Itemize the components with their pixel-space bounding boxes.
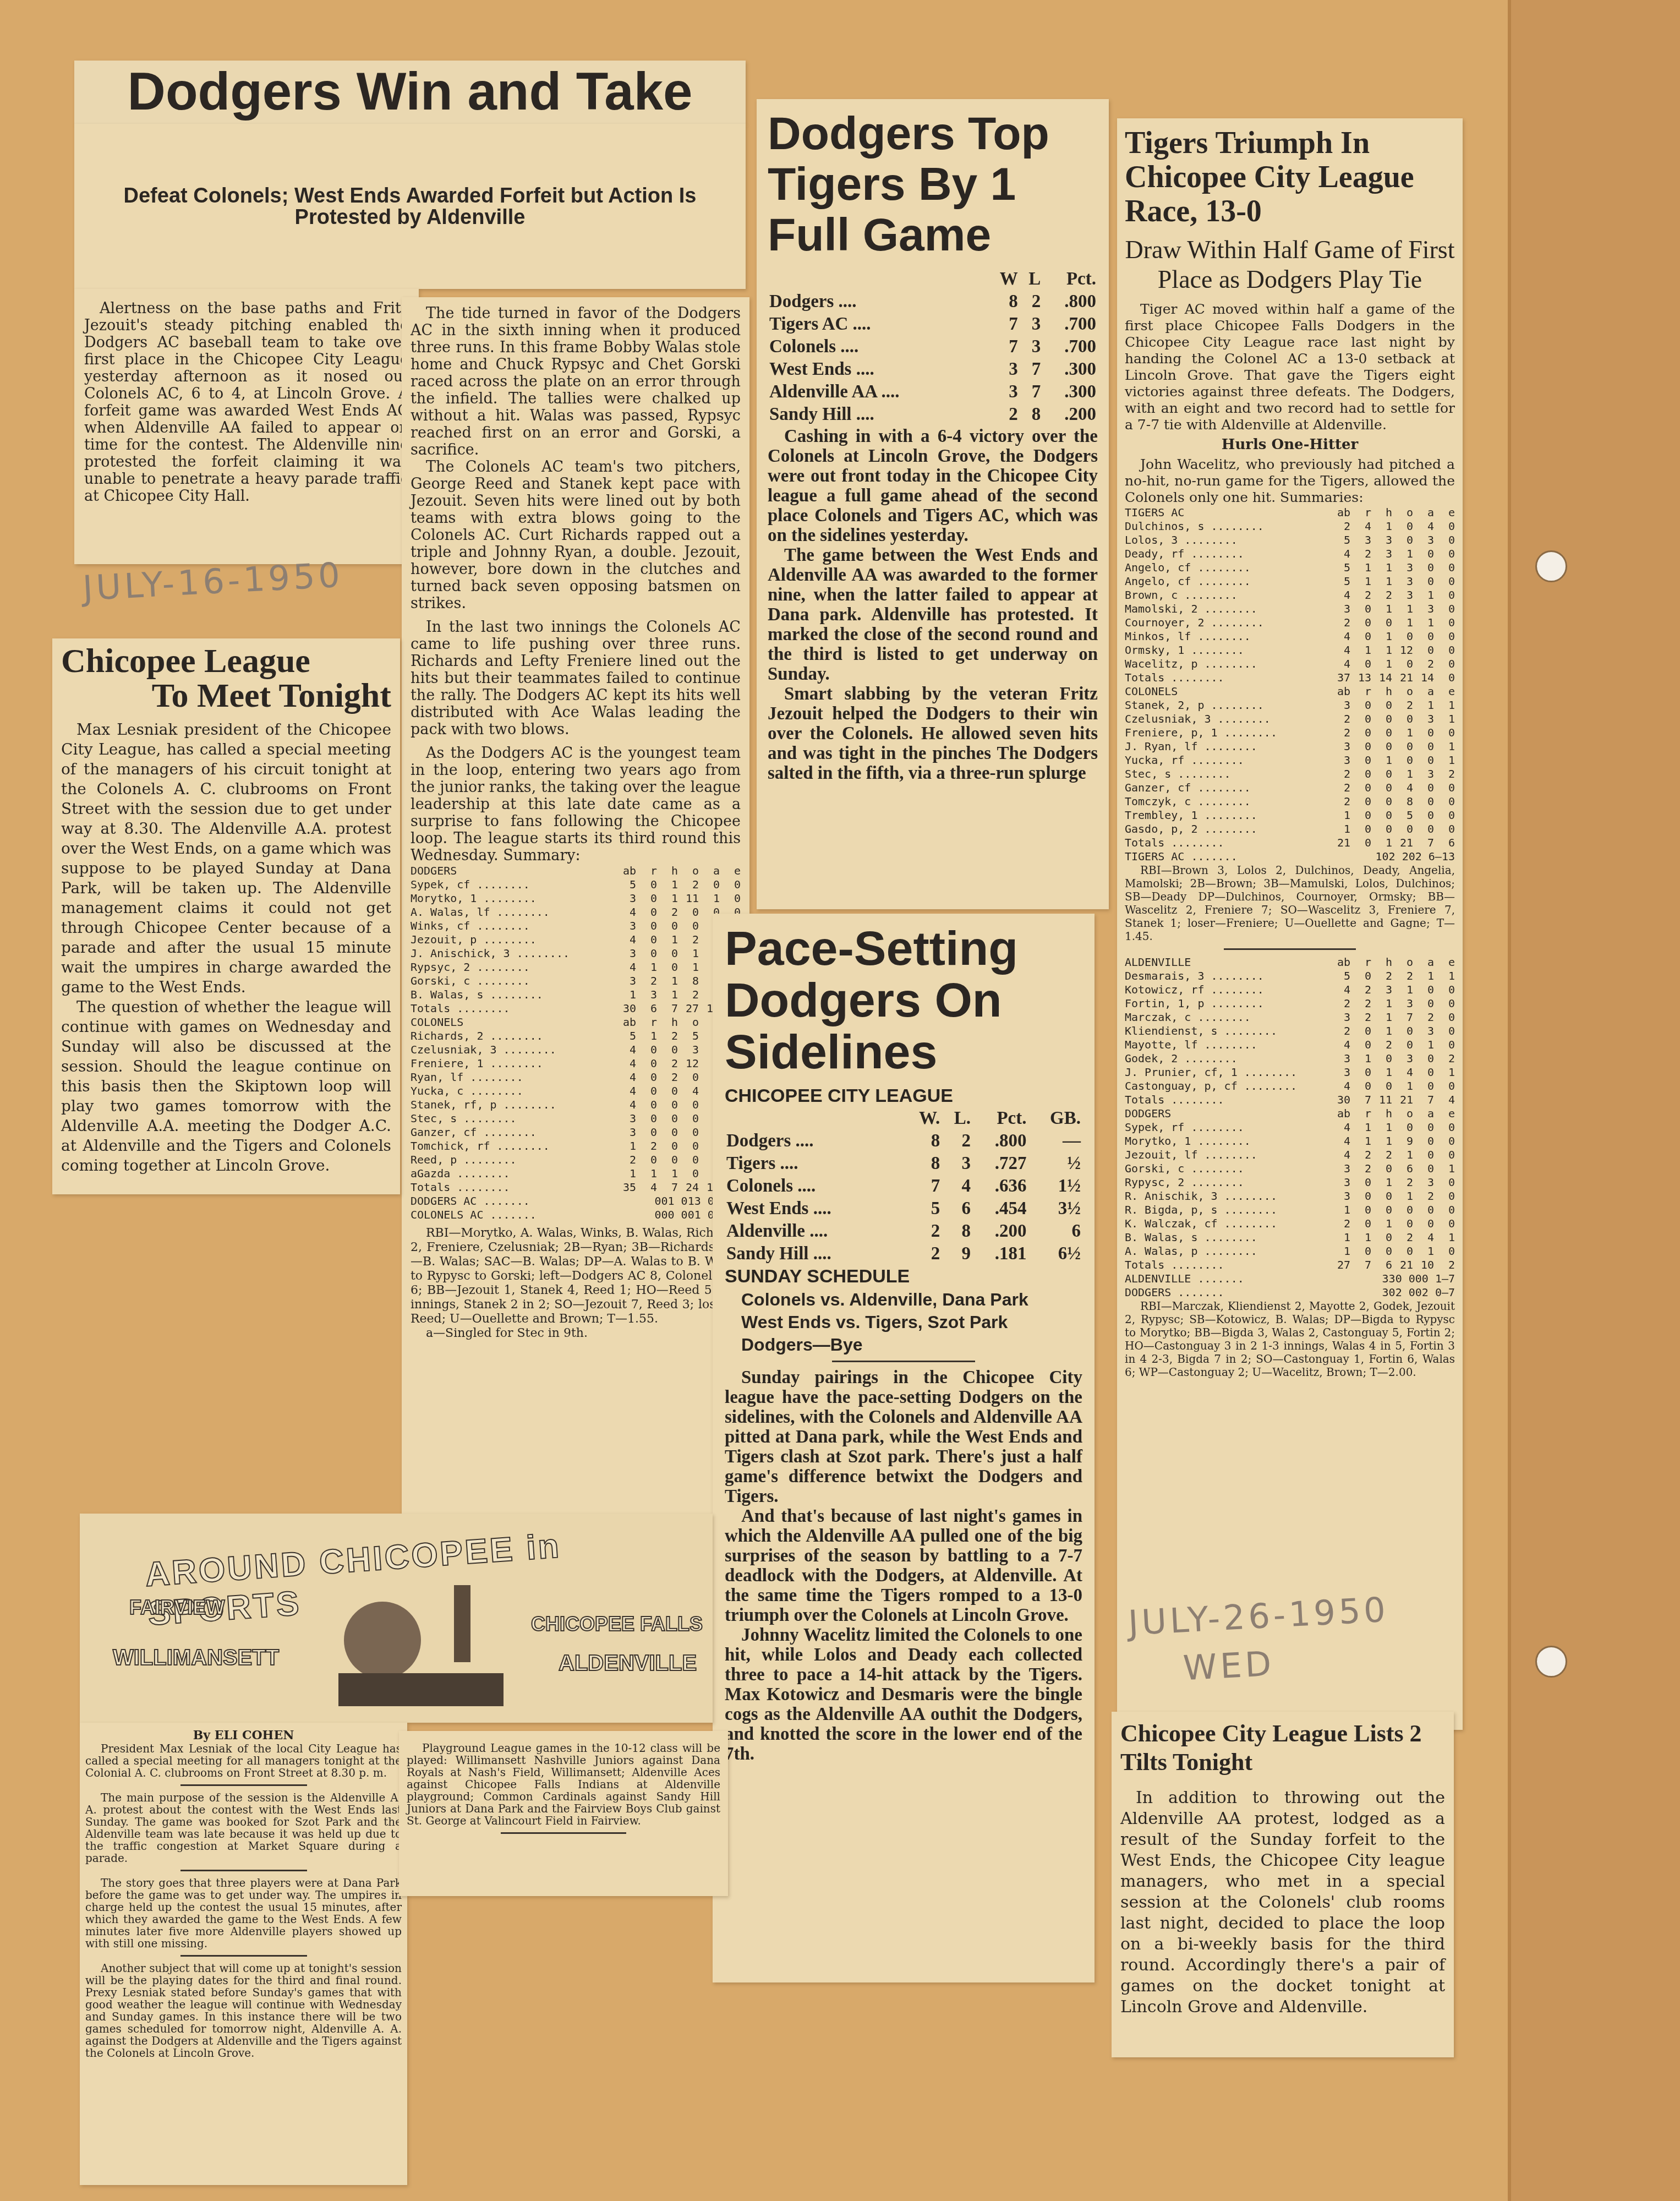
stat-cell: 11 [678,892,699,905]
player-name: Morytko, 1 ........ [411,892,615,905]
stat-cell: 0 [1392,1244,1413,1258]
stat-cell: 2 [1434,767,1455,781]
stat-cell: 0 [657,960,678,974]
column-header: ab [615,864,636,878]
cartoon-place: FAIRVIEW [129,1596,225,1619]
stat-cell: 2 [1350,1148,1371,1162]
stat-cell: 0 [636,1112,657,1126]
total-cell: 21 [1392,671,1413,685]
stat-cell: 0 [1434,657,1455,671]
stat-cell: 3 [1329,1052,1350,1066]
standings-row: Sandy Hill ....28.200 [769,404,1097,425]
stat-cell: 0 [1350,1244,1371,1258]
player-name: Gasdo, p, 2 ........ [1125,822,1329,836]
standings-cell: 7 [987,314,1019,335]
stat-cell: 0 [1434,1148,1455,1162]
total-cell: 7 [1413,836,1434,850]
total-cell: 2 [1434,1258,1455,1272]
stat-cell: 2 [1329,997,1350,1011]
player-name: aGazda ........ [411,1167,615,1181]
stat-cell: 1 [678,960,699,974]
standings-team: Colonels .... [726,1176,902,1197]
stat-cell: 0 [1434,602,1455,616]
total-cell: 7 [1350,1093,1371,1107]
totals-row: Totals ........37131421140 [1125,671,1455,685]
stat-cell: 0 [1413,1217,1434,1231]
stat-cell: 0 [1413,983,1434,997]
player-row: Dulchinos, s ........241040 [1125,520,1455,533]
standings-row: Sandy Hill ....29.1816½ [726,1243,1081,1265]
stat-cell: 1 [1434,1231,1455,1244]
player-row: Yucka, rf ........301001 [1125,753,1455,767]
stat-cell: 1 [678,947,699,960]
stat-cell: 0 [720,892,741,905]
column-header: r [1350,1107,1371,1121]
total-cell: 37 [1329,671,1350,685]
linescore-team: DODGERS AC ....... [411,1194,606,1208]
stat-cell: 2 [1371,1038,1392,1052]
box-score-header-row: COLONELSabrhoae [1125,685,1455,698]
standings-cell: 3 [987,381,1019,403]
stat-cell: 0 [1434,1203,1455,1217]
stat-cell: 2 [1413,1011,1434,1024]
box-score-table: COLONELSabrhoaeRichards, 2 ........51252… [411,1015,741,1194]
stat-cell: 0 [1434,533,1455,547]
article4-paragraph: And that's because of last night's games… [725,1506,1082,1625]
linescore-row: TIGERS AC .......102 202 6—13 [1125,850,1455,864]
player-row: Ganzer, cf ........300000 [411,1126,741,1139]
stat-cell: 2 [1350,1162,1371,1176]
stat-cell: 0 [636,919,657,933]
column-header: a [1413,955,1434,969]
stat-cell: 1 [1371,520,1392,533]
player-name: Ganzer, cf ........ [1125,781,1329,795]
stat-cell: 2 [1350,1011,1371,1024]
team-name: TIGERS AC [1125,506,1329,520]
stat-cell: 4 [1329,1148,1350,1162]
linescore-table: TIGERS AC .......102 202 6—13 [1125,850,1455,864]
stat-cell: 0 [657,1084,678,1098]
stat-cell: 2 [1392,969,1413,983]
total-cell: 30 [1329,1093,1350,1107]
player-name: Fortin, 1, p ........ [1125,997,1329,1011]
column-header: a [1413,685,1434,698]
article2-headline-line1: Chicopee League [61,644,391,679]
stat-cell: 0 [1350,1203,1371,1217]
stat-cell: 0 [1371,1189,1392,1203]
stat-cell: 0 [1413,753,1434,767]
standings-cell: 3½ [1028,1198,1081,1220]
player-name: Stanek, 2, p ........ [1125,698,1329,712]
article1-paragraph: Alertness on the base paths and Fritz Je… [84,300,409,505]
standings-cell: .454 [972,1198,1027,1220]
article5-paragraph: Tiger AC moved within half a game of the… [1125,301,1455,433]
player-name: Rypsyc, 2 ........ [411,960,615,974]
player-row: R. Bigda, p, s ........100000 [1125,1203,1455,1217]
stat-cell: 0 [1434,547,1455,561]
stat-cell: 0 [657,919,678,933]
stat-cell: 0 [678,1098,699,1112]
stat-cell: 4 [615,1071,636,1084]
stat-cell: 0 [1350,712,1371,726]
stat-cell: 2 [615,1153,636,1167]
linescore-row: DODGERS .......302 002 0—7 [1125,1286,1455,1299]
total-cell: 7 [1413,1093,1434,1107]
stat-cell: 0 [1392,630,1413,643]
total-cell: 4 [636,1181,657,1194]
player-name: Brown, c ........ [1125,588,1329,602]
stat-cell: 1 [1371,602,1392,616]
stat-cell: 0 [1350,781,1371,795]
stat-cell: 1 [657,988,678,1002]
totals-row: Totals ........306727153 [411,1002,741,1015]
box-score-table: DODGERSabrhoaeSypek, cf ........501200Mo… [411,864,741,1015]
stat-cell: 1 [1350,575,1371,588]
standings-cell: 9 [942,1243,971,1265]
player-row: R. Anischik, 3 ........300120 [1125,1189,1455,1203]
column-header: a [1413,1107,1434,1121]
stat-cell: 4 [1329,657,1350,671]
totals-label: Totals ........ [1125,1093,1329,1107]
stat-cell: 2 [1371,969,1392,983]
stat-cell: 1 [1371,630,1392,643]
stat-cell: 0 [1434,1121,1455,1134]
article1-paragraph: In the last two innings the Colonels AC … [411,619,741,738]
stat-cell: 1 [1392,1079,1413,1093]
stat-cell: 0 [1392,1203,1413,1217]
article5-headline: Tigers Triumph In Chicopee City League R… [1125,126,1455,228]
total-cell: 30 [615,1002,636,1015]
stat-cell: 1 [615,1139,636,1153]
standings-cell: 6 [1028,1221,1081,1242]
player-row: Cournoyer, 2 ........200110 [1125,616,1455,630]
player-name: Freniere, p, 1 ........ [1125,726,1329,740]
stat-cell: 0 [1413,795,1434,809]
stat-cell: 0 [1392,712,1413,726]
team-name: DODGERS [411,864,615,878]
stat-cell: 0 [1350,767,1371,781]
stat-cell: 3 [1329,740,1350,753]
player-name: Stanek, rf, p ........ [411,1098,615,1112]
player-name: Freniere, 1 ........ [411,1057,615,1071]
player-name: K. Walczak, cf ........ [1125,1217,1329,1231]
stat-cell: 1 [1413,1244,1434,1258]
total-cell: 0 [1434,671,1455,685]
stat-cell: 0 [1434,822,1455,836]
stat-cell: 1 [1392,767,1413,781]
stat-cell: 1 [1371,1217,1392,1231]
stat-cell: 1 [1413,1038,1434,1052]
standings-column-header: W [987,269,1019,290]
cartoon-place: WILLIMANSETT [113,1646,279,1670]
player-row: Freniere, 1 ........4021210 [411,1057,741,1071]
stat-cell: 1 [1392,616,1413,630]
standings-cell: 4 [942,1176,971,1197]
column-header: o [1392,1107,1413,1121]
column-header: e [1434,685,1455,698]
stat-cell: 4 [1329,1079,1350,1093]
stat-cell: 2 [1329,520,1350,533]
stat-cell: 1 [1392,726,1413,740]
cartoon-illustration [316,1574,526,1717]
column-header: r [636,1015,657,1029]
column-header: ab [1329,506,1350,520]
stat-cell: 0 [1350,657,1371,671]
stat-cell: 2 [678,878,699,892]
article1-box-score: DODGERSabrhoaeSypek, cf ........501200Mo… [411,864,741,1222]
stat-cell: 0 [1434,616,1455,630]
standings-column-header: GB. [1028,1108,1081,1129]
player-name: Sypek, rf ........ [1125,1121,1329,1134]
stat-cell: 4 [615,960,636,974]
stat-cell: 0 [636,1153,657,1167]
standings-cell: 7 [987,336,1019,358]
player-row: Trembley, 1 ........100500 [1125,809,1455,822]
column-header: o [678,1015,699,1029]
column-header: o [1392,685,1413,698]
article5-box-score-aldenville-dodgers: ALDENVILLEabrhoaeDesmarais, 3 ........50… [1125,955,1455,1299]
standings-cell: 8 [1020,404,1042,425]
stat-cell: 3 [1413,533,1434,547]
stat-cell: 0 [1434,726,1455,740]
standings-cell: 3 [1020,314,1042,335]
article2-headline-line2: To Meet Tonight [61,679,391,713]
player-row: Desmarais, 3 ........502211 [1125,969,1455,983]
player-row: Kliendienst, s ........201030 [1125,1024,1455,1038]
standings-row: Tigers AC ....73.700 [769,314,1097,335]
standings-cell: 3 [1020,336,1042,358]
column-header: e [720,864,741,878]
stat-cell: 4 [615,1098,636,1112]
column-header: r [1350,685,1371,698]
standings-team: Aldenville .... [726,1221,902,1242]
linescore-team: COLONELS AC ....... [411,1208,606,1222]
stat-cell: 0 [1413,630,1434,643]
totals-label: Totals ........ [411,1181,615,1194]
column-header: ab [1329,685,1350,698]
standings-team-header [769,269,986,290]
stat-cell: 0 [1413,561,1434,575]
total-cell: 14 [1413,671,1434,685]
article3-clip: Dodgers Top Tigers By 1 Full Game WLPct.… [757,99,1109,909]
standings-team-header [726,1108,902,1129]
stat-cell: 8 [678,974,699,988]
stat-cell: 0 [1392,1024,1413,1038]
stat-cell: 2 [1392,1231,1413,1244]
standings-row: Colonels ....74.6361½ [726,1176,1081,1197]
standings-cell: 7 [904,1176,940,1197]
stat-cell: 0 [1371,726,1392,740]
column-header: o [1392,506,1413,520]
stat-cell: 0 [678,1153,699,1167]
player-row: Angelo, cf ........511300 [1125,575,1455,588]
stat-cell: 0 [1371,809,1392,822]
player-name: Godek, 2 ........ [1125,1052,1329,1066]
player-row: Czelusniak, 3 ........200031 [1125,712,1455,726]
stat-cell: 3 [1329,1189,1350,1203]
player-name: Gorski, c ........ [1125,1162,1329,1176]
standings-cell: .200 [1042,404,1097,425]
player-row: J. Ryan, lf ........300001 [1125,740,1455,753]
stat-cell: 2 [657,1029,678,1043]
article4-schedule: Colonels vs. Aldenville, Dana ParkWest E… [725,1290,1082,1355]
stat-cell: 1 [657,974,678,988]
standings-team: Sandy Hill .... [769,404,986,425]
standings-cell: .300 [1042,359,1097,380]
stat-cell: 0 [1392,753,1413,767]
totals-row: Totals ........21012176 [1125,836,1455,850]
total-cell: 7 [657,1002,678,1015]
stat-cell: 0 [678,1126,699,1139]
stat-cell: 0 [1350,1176,1371,1189]
stat-cell: 0 [1434,630,1455,643]
box-score-table: TIGERS ACabrhoaeDulchinos, s ........241… [1125,506,1455,685]
stat-cell: 1 [615,1167,636,1181]
article4-schedule-title: SUNDAY SCHEDULE [725,1266,1082,1287]
stat-cell: 1 [1371,643,1392,657]
stat-cell: 1 [1350,643,1371,657]
standings-row: West Ends ....56.4543½ [726,1198,1081,1220]
player-name: Marczak, c ........ [1125,1011,1329,1024]
stat-cell: 1 [1350,1231,1371,1244]
stat-cell: 1 [1371,997,1392,1011]
player-row: Sypek, rf ........411000 [1125,1121,1455,1134]
stat-cell: 4 [615,1043,636,1057]
stat-cell: 0 [1350,1217,1371,1231]
stat-cell: 0 [1434,983,1455,997]
linescore-table: DODGERS AC .......001 013 01x—6COLONELS … [411,1194,741,1222]
stat-cell: 4 [1329,630,1350,643]
stat-cell: 0 [1413,1052,1434,1066]
standings-cell: .800 [972,1130,1027,1152]
player-name: Ormsky, 1 ........ [1125,643,1329,657]
article1-headline-clip-2: Defeat Colonels; West Ends Awarded Forfe… [74,124,746,289]
cartoon-place: CHICOPEE FALLS [531,1613,703,1636]
player-row: B. Walas, s ........131251 [411,988,741,1002]
pencil-day-note: WED [1182,1643,1276,1689]
total-cell: 21 [1392,836,1413,850]
stat-cell: 0 [1371,1162,1392,1176]
article1-col1: Alertness on the base paths and Fritz Je… [74,289,419,564]
player-name: Sypek, cf ........ [411,878,615,892]
player-name: Ganzer, cf ........ [411,1126,615,1139]
stat-cell: 3 [615,892,636,905]
standings-row: Aldenville ....28.2006 [726,1221,1081,1242]
stat-cell: 3 [1329,602,1350,616]
stat-cell: 9 [1392,1134,1413,1148]
binder-hole [1535,1646,1567,1678]
player-name: Reed, p ........ [411,1153,615,1167]
stat-cell: 2 [1329,781,1350,795]
stat-cell: 0 [657,1043,678,1057]
stat-cell: 0 [678,1139,699,1153]
stat-cell: 4 [1329,1121,1350,1134]
stat-cell: 0 [1350,753,1371,767]
stat-cell: 2 [1392,698,1413,712]
player-name: Kotowicz, rf ........ [1125,983,1329,997]
player-row: Freniere, p, 1 ........200100 [1125,726,1455,740]
article7-clip: Chicopee City League Lists 2 Tilts Tonig… [1112,1712,1454,2057]
column-header: e [1434,1107,1455,1121]
stat-cell: 5 [1329,561,1350,575]
article4-paragraph: Sunday pairings in the Chicopee City lea… [725,1368,1082,1506]
stat-cell: 0 [636,892,657,905]
article1-subhead: Defeat Colonels; West Ends Awarded Forfe… [74,178,746,228]
stat-cell: 3 [1329,753,1350,767]
stat-cell: 1 [1434,698,1455,712]
column-header: e [1434,955,1455,969]
article5-crosshead: Hurls One-Hitter [1125,436,1455,453]
stat-cell: 0 [1392,1038,1413,1052]
stat-cell: 3 [1413,1024,1434,1038]
article2-clip: Chicopee League To Meet Tonight Max Lesn… [52,638,400,1194]
column-header: a [1413,506,1434,520]
stat-cell: 1 [1413,588,1434,602]
column-header: ab [1329,1107,1350,1121]
article1-headline-clip: Dodgers Win and Take Lead in Chicopee Lo… [74,61,746,124]
stat-cell: 1 [1350,1121,1371,1134]
player-row: aGazda ........111000 [411,1167,741,1181]
stat-cell: 1 [1371,561,1392,575]
stat-cell: 2 [678,988,699,1002]
article3-paragraph: Smart slabbing by the veteran Fritz Jezo… [768,684,1098,783]
standings-team: Tigers AC .... [769,314,986,335]
stat-cell: 0 [1413,1162,1434,1176]
stat-cell: 5 [1392,809,1413,822]
player-row: Rypsyc, 2 ........410131 [411,960,741,974]
stat-cell: 1 [1392,983,1413,997]
player-name: J. Anischick, 3 ........ [411,947,615,960]
stat-cell: 4 [1329,643,1350,657]
stat-cell: 0 [1392,520,1413,533]
standings-row: Dodgers ....82.800 [769,291,1097,313]
stat-cell: 1 [1392,1189,1413,1203]
stat-cell: 3 [1392,588,1413,602]
stat-cell: 2 [1329,795,1350,809]
article6-paragraph: The main purpose of the session is the A… [85,1792,402,1864]
linescore-runs: 102 202 6—13 [1318,850,1455,864]
stat-cell: 0 [1434,1024,1455,1038]
stat-cell: 0 [1413,643,1434,657]
player-name: Gorski, c ........ [411,974,615,988]
box-score-header-row: TIGERS ACabrhoae [1125,506,1455,520]
linescore-row: COLONELS AC .......000 001 012—4 [411,1208,741,1222]
player-name: A. Walas, p ........ [1125,1244,1329,1258]
stat-cell: 0 [1371,767,1392,781]
stat-cell: 1 [1413,969,1434,983]
stat-cell: 1 [1371,657,1392,671]
stat-cell: 0 [1371,1052,1392,1066]
standings-column-header: Pct. [1042,269,1097,290]
stat-cell: 0 [636,1126,657,1139]
stat-cell: 0 [1350,616,1371,630]
stat-cell: 3 [1329,1011,1350,1024]
standings-cell: 7 [1020,359,1042,380]
team-name: COLONELS [411,1015,615,1029]
article6-paragraph: The story goes that three players were a… [85,1877,402,1949]
stat-cell: 3 [1371,547,1392,561]
stat-cell: 3 [615,947,636,960]
stat-cell: 0 [636,1043,657,1057]
cartoon-place: ALDENVILLE [559,1651,697,1676]
stat-cell: 0 [1413,1066,1434,1079]
stat-cell: 1 [1392,1148,1413,1162]
stat-cell: 1 [1350,1134,1371,1148]
player-name: Mamolski, 2 ........ [1125,602,1329,616]
player-row: Tomczyk, c ........200800 [1125,795,1455,809]
stat-cell: 0 [1371,712,1392,726]
stat-cell: 0 [1413,997,1434,1011]
